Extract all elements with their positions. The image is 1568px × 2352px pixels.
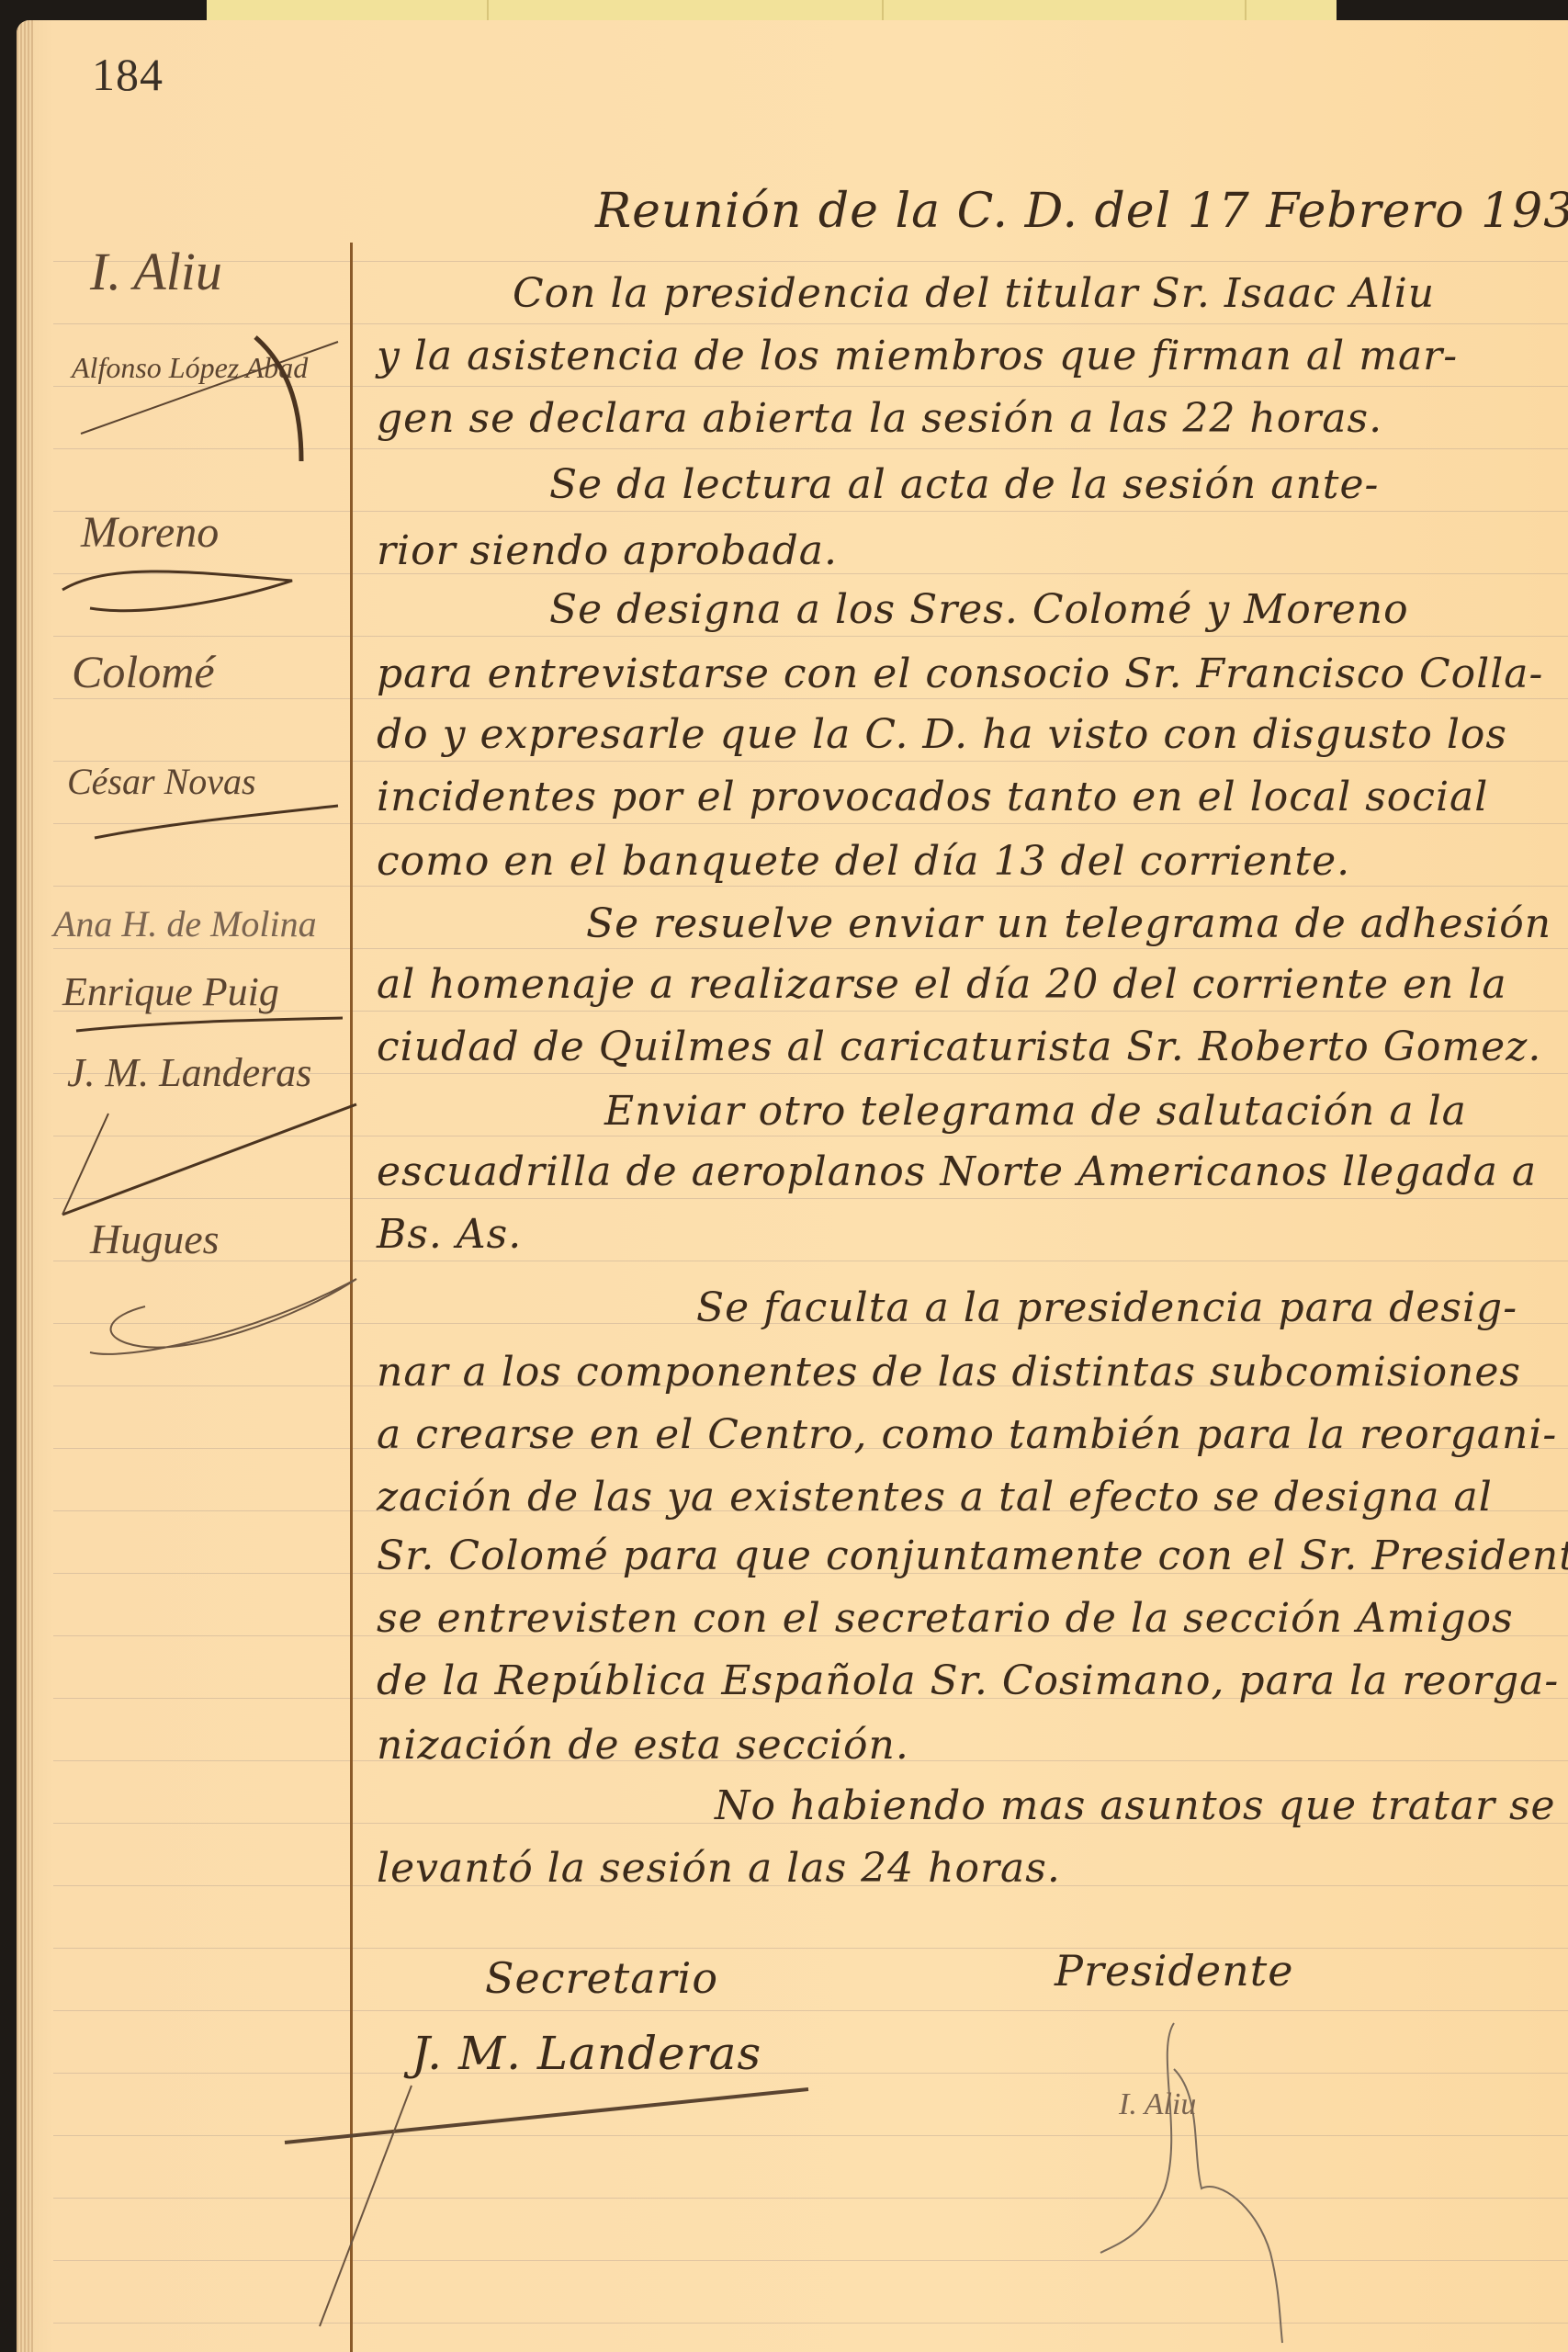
margin-signature: Colomé xyxy=(72,645,215,698)
minutes-title: Reunión de la C. D. del 17 Febrero 1930 xyxy=(595,184,1568,239)
secretary-flourish xyxy=(283,2078,816,2335)
body-line: al homenaje a realizarse el día 20 del c… xyxy=(377,961,1507,1008)
signature-flourish xyxy=(72,1261,366,1371)
page-stack-edge xyxy=(17,20,33,2352)
body-line: zación de las ya existentes a tal efecto… xyxy=(377,1474,1493,1521)
ruled-line xyxy=(53,948,1568,949)
body-line: Se resuelve enviar un telegrama de adhes… xyxy=(586,900,1551,947)
body-line: se entrevisten con el secretario de la s… xyxy=(377,1595,1514,1642)
ruled-line xyxy=(53,1011,1568,1012)
margin-signature: César Novas xyxy=(67,760,256,803)
body-line: Se designa a los Sres. Colomé y Moreno xyxy=(549,586,1409,633)
secretary-signature: J. M. Landeras xyxy=(412,2027,761,2080)
secretary-label: Secretario xyxy=(485,1953,718,2003)
ruled-line xyxy=(53,1948,1568,1949)
margin-signature: Ana H. de Molina xyxy=(53,902,317,945)
body-line: escuadrilla de aeroplanos Norte American… xyxy=(377,1148,1537,1195)
body-line: Se faculta a la presidencia para desig- xyxy=(696,1284,1517,1331)
body-line: Con la presidencia del titular Sr. Isaac… xyxy=(513,270,1435,317)
ruled-line xyxy=(53,2073,1568,2074)
ruled-line xyxy=(53,698,1568,699)
body-line: ciudad de Quilmes al caricaturista Sr. R… xyxy=(377,1023,1541,1070)
body-line: incidentes por el provocados tanto en el… xyxy=(377,774,1488,820)
body-line: Se da lectura al acta de la sesión ante- xyxy=(549,461,1379,508)
body-line: do y expresarle que la C. D. ha visto co… xyxy=(377,711,1507,758)
signature-underline-flourish xyxy=(72,1012,347,1040)
body-line: como en el banquete del día 13 del corri… xyxy=(377,838,1350,885)
ruled-line xyxy=(53,511,1568,512)
ruled-line xyxy=(53,323,1568,324)
ledger-page: 184 Reunión de la C. D. del 17 Febrero 1… xyxy=(17,20,1568,2352)
signature-strike-flourish xyxy=(53,1095,366,1224)
body-line: gen se declara abierta la sesión a las 2… xyxy=(377,395,1382,442)
body-line: Sr. Colomé para que conjuntamente con el… xyxy=(377,1532,1568,1579)
body-line: Enviar otro telegrama de salutación a la xyxy=(604,1088,1467,1135)
signature-underline-flourish xyxy=(90,801,347,847)
body-line: nar a los componentes de las distintas s… xyxy=(377,1349,1521,1396)
ruled-line xyxy=(53,761,1568,762)
president-signature-flourish xyxy=(1073,2014,1312,2345)
ruled-line xyxy=(53,2010,1568,2011)
signature-underline-flourish xyxy=(53,553,310,627)
margin-signature: Enrique Puig xyxy=(62,968,279,1015)
president-signature: I. Aliu xyxy=(1119,2087,1196,2122)
body-line: rior siendo aprobada. xyxy=(377,527,838,574)
ruled-line xyxy=(53,636,1568,637)
page-number: 184 xyxy=(92,48,164,101)
body-line: a crearse en el Centro, como también par… xyxy=(377,1411,1557,1458)
margin-signature: Moreno xyxy=(81,507,219,558)
body-line: nización de esta sección. xyxy=(377,1722,909,1769)
body-line: levantó la sesión a las 24 horas. xyxy=(377,1845,1061,1892)
ruled-line xyxy=(53,261,1568,262)
signature-strike-flourish xyxy=(72,333,347,461)
body-line: y la asistencia de los miembros que firm… xyxy=(377,333,1458,379)
body-line: para entrevistarse con el consocio Sr. F… xyxy=(377,650,1543,697)
ruled-line xyxy=(53,886,1568,887)
body-line: de la República Española Sr. Cosimano, p… xyxy=(377,1657,1559,1704)
body-line: No habiendo mas asuntos que tratar se xyxy=(715,1782,1556,1829)
margin-signature: Hugues xyxy=(90,1215,220,1263)
president-label: Presidente xyxy=(1055,1946,1293,1996)
margin-signature: I. Aliu xyxy=(90,241,222,302)
body-line: Bs. As. xyxy=(377,1211,522,1258)
margin-signature: J. M. Landeras xyxy=(67,1049,311,1096)
